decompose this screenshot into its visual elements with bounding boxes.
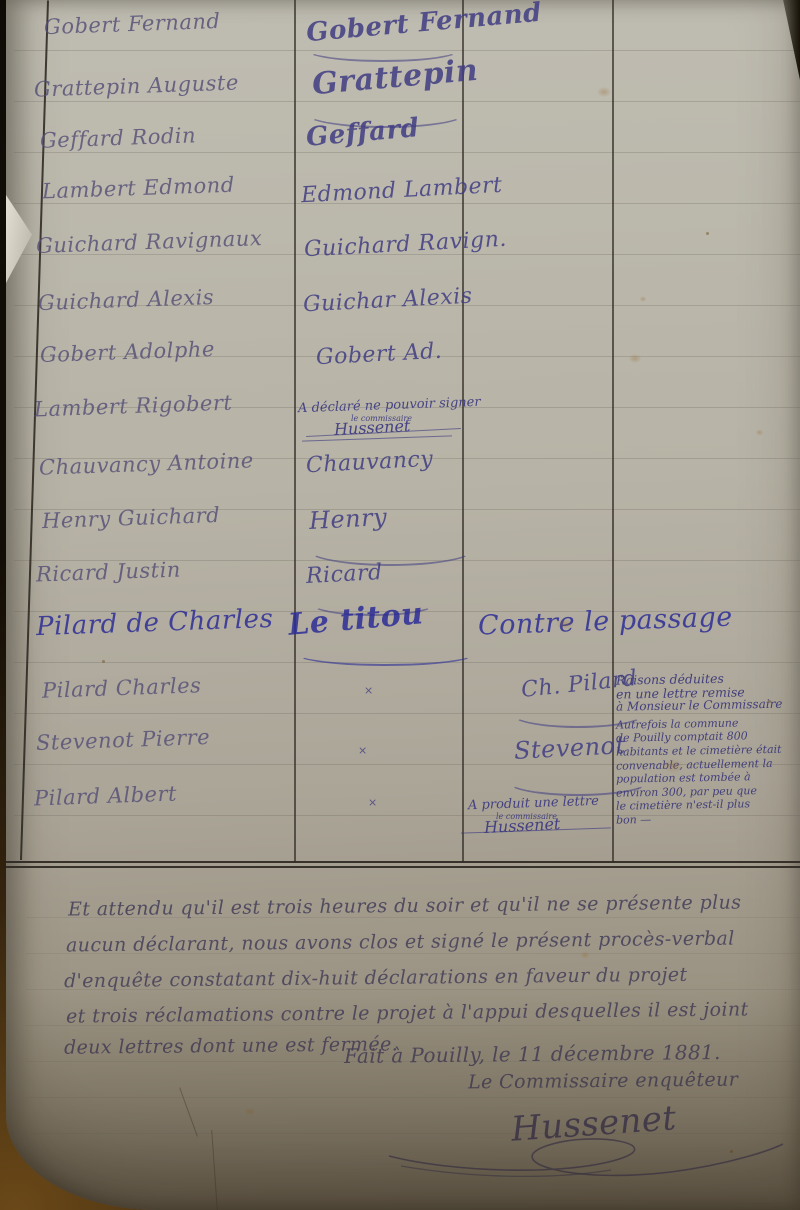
signature-flourish [306,532,475,566]
stain [754,428,765,437]
column-line-3 [462,0,464,862]
signature: Henry [308,503,387,535]
bottom-shadow [6,990,800,1210]
declarant-name: Ricard Justin [36,557,182,586]
annotation-line: bon — [616,810,800,827]
document-page: Gobert Fernand Grattepin Auguste Geffard… [6,0,800,1210]
stain [626,352,644,365]
declarant-name: Pilard Albert [34,782,178,811]
stain [638,295,648,303]
cross-mark: × [358,744,367,757]
stain [658,756,688,776]
annotation-line: à Monsieur le Commissaire [616,698,800,715]
marginal-annotation: Raisons déduites en une lettre remise à … [616,672,800,826]
stain [594,85,614,99]
cross-mark: × [364,684,373,697]
commissioner-countersignature: Hussenet [484,814,561,837]
column-line-2 [294,0,296,862]
signature: Stevenot [513,731,626,765]
signature: Ricard [305,560,383,589]
speck [102,660,105,663]
speck [768,700,771,703]
commissioner-countersignature: Hussenet [334,416,411,439]
stain [578,950,592,960]
cross-mark: × [368,796,377,809]
stain [552,616,578,632]
speck [706,232,709,235]
table-bottom-line-lower [6,866,800,868]
table-bottom-line-upper [6,861,800,863]
photo-background: Gobert Fernand Grattepin Auguste Geffard… [0,0,800,1210]
signature-flourish [296,642,475,666]
